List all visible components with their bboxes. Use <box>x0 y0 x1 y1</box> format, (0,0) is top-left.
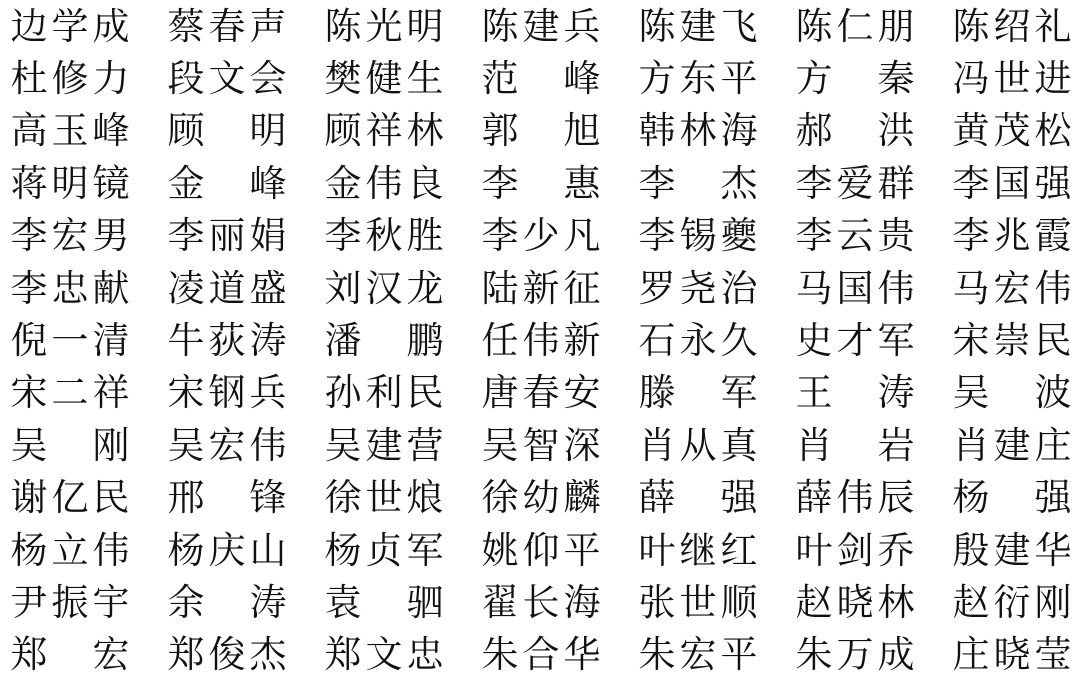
name-entry: 邢锋 <box>167 472 287 524</box>
name-character: 继 <box>679 532 717 569</box>
name-entry: 李少凡 <box>481 210 601 262</box>
name-character: 文 <box>208 60 246 97</box>
name-character: 高 <box>10 112 48 149</box>
name-character: 祥 <box>92 374 130 411</box>
name-character: 林 <box>877 584 915 621</box>
name-character: 孙 <box>324 374 362 411</box>
name-character: 吴 <box>481 427 519 464</box>
name-character: 吴 <box>10 427 48 464</box>
name-character: 忠 <box>406 636 444 673</box>
name-entry: 边学成 <box>10 0 130 52</box>
name-entry: 冯世进 <box>952 52 1072 104</box>
name-character: 生 <box>406 60 444 97</box>
name-character: 赵 <box>952 584 990 621</box>
name-entry: 肖从真 <box>638 419 758 471</box>
name-character: 朱 <box>795 636 833 673</box>
name-character: 崇 <box>993 322 1031 359</box>
name-character: 邢 <box>167 479 205 516</box>
name-entry: 徐幼麟 <box>481 472 601 524</box>
name-character: 陈 <box>481 8 519 45</box>
name-character: 世 <box>365 479 403 516</box>
name-character: 石 <box>638 322 676 359</box>
name-entry: 薛伟辰 <box>795 472 915 524</box>
name-entry: 郑俊杰 <box>167 629 287 680</box>
name-character: 锡 <box>679 217 717 254</box>
name-character: 辰 <box>877 479 915 516</box>
name-entry: 薛强 <box>638 472 758 524</box>
name-character: 松 <box>1034 112 1072 149</box>
name-entry: 翟长海 <box>481 576 601 628</box>
name-character: 胜 <box>406 217 444 254</box>
name-entry: 陆新征 <box>481 262 601 314</box>
name-character: 礼 <box>1034 8 1072 45</box>
name-character: 凡 <box>563 217 601 254</box>
name-entry: 史才军 <box>795 314 915 366</box>
name-character: 杨 <box>10 532 48 569</box>
name-character: 世 <box>679 584 717 621</box>
name-character: 郝 <box>795 112 833 149</box>
name-character: 伟 <box>522 322 560 359</box>
name-character: 伟 <box>836 479 874 516</box>
name-character: 凌 <box>167 270 205 307</box>
name-entry: 杨立伟 <box>10 524 130 576</box>
name-character: 国 <box>836 270 874 307</box>
name-character: 强 <box>1034 479 1072 516</box>
name-entry: 顾祥林 <box>324 105 444 157</box>
name-character: 朱 <box>638 636 676 673</box>
name-entry: 宋钢兵 <box>167 367 287 419</box>
name-character: 潘 <box>324 322 362 359</box>
name-character: 民 <box>92 479 130 516</box>
name-character: 杜 <box>10 60 48 97</box>
name-character: 贵 <box>877 217 915 254</box>
name-character: 李 <box>167 217 205 254</box>
name-entry: 赵衍刚 <box>952 576 1072 628</box>
name-character: 李 <box>10 217 48 254</box>
name-character: 伟 <box>365 165 403 202</box>
name-character: 涛 <box>249 584 287 621</box>
name-character: 民 <box>1034 322 1072 359</box>
name-character: 驷 <box>406 584 444 621</box>
name-character: 盛 <box>249 270 287 307</box>
name-character: 建 <box>679 8 717 45</box>
name-character: 樊 <box>324 60 362 97</box>
name-character: 李 <box>481 217 519 254</box>
name-character: 李 <box>638 165 676 202</box>
name-character: 夔 <box>720 217 758 254</box>
name-character: 娟 <box>249 217 287 254</box>
name-character: 刘 <box>324 270 362 307</box>
name-character: 岩 <box>877 427 915 464</box>
name-character: 顾 <box>324 112 362 149</box>
name-entry: 吴宏伟 <box>167 419 287 471</box>
name-character: 钢 <box>208 374 246 411</box>
name-character: 利 <box>365 374 403 411</box>
name-character: 滕 <box>638 374 676 411</box>
name-entry: 杨庆山 <box>167 524 287 576</box>
name-entry: 姚仰平 <box>481 524 601 576</box>
name-character: 李 <box>481 165 519 202</box>
name-character: 强 <box>1034 165 1072 202</box>
name-character: 春 <box>522 374 560 411</box>
name-character: 马 <box>795 270 833 307</box>
name-character: 徐 <box>481 479 519 516</box>
name-character: 金 <box>324 165 362 202</box>
name-character: 陈 <box>952 8 990 45</box>
name-character: 麟 <box>563 479 601 516</box>
name-character: 叶 <box>638 532 676 569</box>
name-character: 吴 <box>324 427 362 464</box>
name-character: 建 <box>522 8 560 45</box>
name-entry: 李宏男 <box>10 210 130 262</box>
name-character: 宏 <box>679 636 717 673</box>
name-character: 海 <box>563 584 601 621</box>
name-character: 李 <box>795 165 833 202</box>
name-character: 平 <box>563 532 601 569</box>
name-character: 从 <box>679 427 717 464</box>
name-character: 陈 <box>795 8 833 45</box>
name-entry: 庄晓莹 <box>952 629 1072 680</box>
name-character: 刚 <box>1034 584 1072 621</box>
name-character: 仰 <box>522 532 560 569</box>
name-entry: 杨强 <box>952 472 1072 524</box>
name-character: 山 <box>249 532 287 569</box>
name-entry: 陈建兵 <box>481 0 601 52</box>
name-character: 龙 <box>406 270 444 307</box>
name-character: 黄 <box>952 112 990 149</box>
name-entry: 李爱群 <box>795 157 915 209</box>
name-character: 陈 <box>324 8 362 45</box>
name-character: 明 <box>249 112 287 149</box>
name-entry: 张世顺 <box>638 576 758 628</box>
name-entry: 蔡春声 <box>167 0 287 52</box>
name-character: 庄 <box>1034 427 1072 464</box>
name-character: 方 <box>638 60 676 97</box>
name-character: 平 <box>720 636 758 673</box>
name-character: 吴 <box>952 374 990 411</box>
name-entry: 韩林海 <box>638 105 758 157</box>
name-character: 东 <box>679 60 717 97</box>
name-character: 庄 <box>952 636 990 673</box>
name-character: 幼 <box>522 479 560 516</box>
name-character: 海 <box>720 112 758 149</box>
name-character: 马 <box>952 270 990 307</box>
name-character: 莹 <box>1034 636 1072 673</box>
name-character: 强 <box>720 479 758 516</box>
name-entry: 谢亿民 <box>10 472 130 524</box>
name-character: 李 <box>952 217 990 254</box>
name-character: 茂 <box>993 112 1031 149</box>
name-character: 倪 <box>10 322 48 359</box>
name-character: 玉 <box>51 112 89 149</box>
name-entry: 李锡夔 <box>638 210 758 262</box>
name-entry: 金峰 <box>167 157 287 209</box>
name-entry: 吴波 <box>952 367 1072 419</box>
name-entry: 吴智深 <box>481 419 601 471</box>
name-character: 俊 <box>208 636 246 673</box>
name-character: 薛 <box>795 479 833 516</box>
name-character: 良 <box>406 165 444 202</box>
name-character: 健 <box>365 60 403 97</box>
name-character: 成 <box>92 8 130 45</box>
name-character: 薛 <box>638 479 676 516</box>
name-entry: 徐世烺 <box>324 472 444 524</box>
name-character: 云 <box>836 217 874 254</box>
name-entry: 潘鹏 <box>324 314 444 366</box>
name-character: 波 <box>1034 374 1072 411</box>
name-grid: 边学成蔡春声陈光明陈建兵陈建飞陈仁朋陈绍礼杜修力段文会樊健生范峰方东平方秦冯世进… <box>10 0 1080 680</box>
name-entry: 李丽娟 <box>167 210 287 262</box>
name-character: 宏 <box>51 217 89 254</box>
name-character: 清 <box>92 322 130 359</box>
name-character: 顺 <box>720 584 758 621</box>
name-character: 峰 <box>249 165 287 202</box>
name-character: 林 <box>679 112 717 149</box>
name-character: 新 <box>522 270 560 307</box>
name-character: 征 <box>563 270 601 307</box>
name-character: 绍 <box>993 8 1031 45</box>
name-character: 伟 <box>1034 270 1072 307</box>
name-character: 长 <box>522 584 560 621</box>
name-character: 世 <box>993 60 1031 97</box>
name-character: 蔡 <box>167 8 205 45</box>
name-character: 秋 <box>365 217 403 254</box>
name-entry: 王涛 <box>795 367 915 419</box>
name-entry: 赵晓林 <box>795 576 915 628</box>
name-character: 建 <box>993 427 1031 464</box>
name-character: 贞 <box>365 532 403 569</box>
name-character: 史 <box>795 322 833 359</box>
name-character: 爱 <box>836 165 874 202</box>
name-entry: 马国伟 <box>795 262 915 314</box>
name-character: 久 <box>720 322 758 359</box>
name-entry: 宋崇民 <box>952 314 1072 366</box>
name-entry: 陈绍礼 <box>952 0 1072 52</box>
name-character: 肖 <box>638 427 676 464</box>
name-entry: 孙利民 <box>324 367 444 419</box>
name-character: 翟 <box>481 584 519 621</box>
name-character: 伟 <box>877 270 915 307</box>
name-entry: 唐春安 <box>481 367 601 419</box>
name-character: 任 <box>481 322 519 359</box>
name-character: 宇 <box>92 584 130 621</box>
name-character: 丽 <box>208 217 246 254</box>
name-character: 明 <box>406 8 444 45</box>
name-character: 献 <box>92 270 130 307</box>
name-character: 锋 <box>249 479 287 516</box>
name-character: 宋 <box>10 374 48 411</box>
name-entry: 叶继红 <box>638 524 758 576</box>
name-character: 剑 <box>836 532 874 569</box>
name-character: 文 <box>365 636 403 673</box>
name-character: 才 <box>836 322 874 359</box>
name-entry: 方秦 <box>795 52 915 104</box>
name-character: 洪 <box>877 112 915 149</box>
name-character: 兆 <box>993 217 1031 254</box>
name-character: 唐 <box>481 374 519 411</box>
name-entry: 马宏伟 <box>952 262 1072 314</box>
name-entry: 凌道盛 <box>167 262 287 314</box>
name-character: 声 <box>249 8 287 45</box>
name-character: 蒋 <box>10 165 48 202</box>
name-character: 吴 <box>167 427 205 464</box>
name-character: 杨 <box>952 479 990 516</box>
name-character: 旭 <box>563 112 601 149</box>
name-entry: 方东平 <box>638 52 758 104</box>
name-character: 华 <box>1034 532 1072 569</box>
name-entry: 任伟新 <box>481 314 601 366</box>
name-entry: 郝洪 <box>795 105 915 157</box>
name-character: 袁 <box>324 584 362 621</box>
name-character: 祥 <box>365 112 403 149</box>
name-character: 衍 <box>993 584 1031 621</box>
name-character: 陈 <box>638 8 676 45</box>
name-entry: 牛荻涛 <box>167 314 287 366</box>
name-character: 赵 <box>795 584 833 621</box>
name-character: 庆 <box>208 532 246 569</box>
name-character: 男 <box>92 217 130 254</box>
name-entry: 樊健生 <box>324 52 444 104</box>
name-character: 峰 <box>92 112 130 149</box>
name-character: 涛 <box>249 322 287 359</box>
name-character: 边 <box>10 8 48 45</box>
name-character: 朱 <box>481 636 519 673</box>
name-entry: 李云贵 <box>795 210 915 262</box>
name-character: 峰 <box>563 60 601 97</box>
name-character: 光 <box>365 8 403 45</box>
name-character: 晓 <box>836 584 874 621</box>
name-character: 治 <box>720 270 758 307</box>
name-entry: 李秋胜 <box>324 210 444 262</box>
name-character: 姚 <box>481 532 519 569</box>
name-entry: 吴建营 <box>324 419 444 471</box>
name-character: 万 <box>836 636 874 673</box>
name-character: 宏 <box>993 270 1031 307</box>
name-character: 烺 <box>406 479 444 516</box>
name-entry: 罗尧治 <box>638 262 758 314</box>
name-entry: 李惠 <box>481 157 601 209</box>
name-entry: 李忠献 <box>10 262 130 314</box>
name-character: 立 <box>51 532 89 569</box>
name-character: 鹏 <box>406 322 444 359</box>
name-entry: 李兆霞 <box>952 210 1072 262</box>
name-character: 秦 <box>877 60 915 97</box>
name-entry: 范峰 <box>481 52 601 104</box>
name-entry: 郭旭 <box>481 105 601 157</box>
name-character: 兵 <box>563 8 601 45</box>
name-character: 余 <box>167 584 205 621</box>
name-character: 李 <box>324 217 362 254</box>
name-character: 杨 <box>324 532 362 569</box>
name-character: 少 <box>522 217 560 254</box>
name-character: 振 <box>51 584 89 621</box>
name-character: 尧 <box>679 270 717 307</box>
name-character: 郑 <box>10 636 48 673</box>
name-character: 兵 <box>249 374 287 411</box>
name-character: 郑 <box>167 636 205 673</box>
name-character: 进 <box>1034 60 1072 97</box>
name-entry: 石永久 <box>638 314 758 366</box>
name-character: 深 <box>563 427 601 464</box>
name-character: 华 <box>563 636 601 673</box>
name-entry: 顾明 <box>167 105 287 157</box>
name-entry: 肖岩 <box>795 419 915 471</box>
name-character: 刚 <box>92 427 130 464</box>
name-character: 肖 <box>795 427 833 464</box>
name-character: 韩 <box>638 112 676 149</box>
name-character: 李 <box>638 217 676 254</box>
name-character: 杰 <box>720 165 758 202</box>
name-character: 牛 <box>167 322 205 359</box>
name-entry: 袁驷 <box>324 576 444 628</box>
name-character: 汉 <box>365 270 403 307</box>
name-entry: 陈光明 <box>324 0 444 52</box>
name-entry: 金伟良 <box>324 157 444 209</box>
name-character: 建 <box>365 427 403 464</box>
name-character: 惠 <box>563 165 601 202</box>
name-character: 军 <box>406 532 444 569</box>
name-character: 修 <box>51 60 89 97</box>
name-character: 段 <box>167 60 205 97</box>
name-character: 宏 <box>92 636 130 673</box>
name-entry: 陈建飞 <box>638 0 758 52</box>
name-entry: 殷建华 <box>952 524 1072 576</box>
name-character: 营 <box>406 427 444 464</box>
name-character: 王 <box>795 374 833 411</box>
name-character: 建 <box>993 532 1031 569</box>
name-character: 飞 <box>720 8 758 45</box>
name-character: 李 <box>10 270 48 307</box>
name-character: 道 <box>208 270 246 307</box>
name-character: 一 <box>51 322 89 359</box>
name-character: 尹 <box>10 584 48 621</box>
name-character: 林 <box>406 112 444 149</box>
name-character: 谢 <box>10 479 48 516</box>
name-character: 明 <box>51 165 89 202</box>
name-character: 军 <box>720 374 758 411</box>
name-character: 李 <box>952 165 990 202</box>
name-character: 郑 <box>324 636 362 673</box>
name-character: 荻 <box>208 322 246 359</box>
name-entry: 黄茂松 <box>952 105 1072 157</box>
name-character: 伟 <box>92 532 130 569</box>
name-character: 宏 <box>208 427 246 464</box>
name-character: 会 <box>249 60 287 97</box>
name-character: 二 <box>51 374 89 411</box>
name-character: 学 <box>51 8 89 45</box>
name-entry: 余涛 <box>167 576 287 628</box>
name-character: 国 <box>993 165 1031 202</box>
name-character: 春 <box>208 8 246 45</box>
name-character: 成 <box>877 636 915 673</box>
name-character: 伟 <box>249 427 287 464</box>
name-character: 罗 <box>638 270 676 307</box>
name-character: 冯 <box>952 60 990 97</box>
name-entry: 杨贞军 <box>324 524 444 576</box>
name-character: 红 <box>720 532 758 569</box>
name-character: 军 <box>877 322 915 359</box>
name-character: 安 <box>563 374 601 411</box>
name-character: 力 <box>92 60 130 97</box>
name-character: 合 <box>522 636 560 673</box>
name-character: 忠 <box>51 270 89 307</box>
name-character: 方 <box>795 60 833 97</box>
name-character: 霞 <box>1034 217 1072 254</box>
name-character: 徐 <box>324 479 362 516</box>
name-character: 群 <box>877 165 915 202</box>
name-character: 郭 <box>481 112 519 149</box>
name-character: 镜 <box>92 165 130 202</box>
